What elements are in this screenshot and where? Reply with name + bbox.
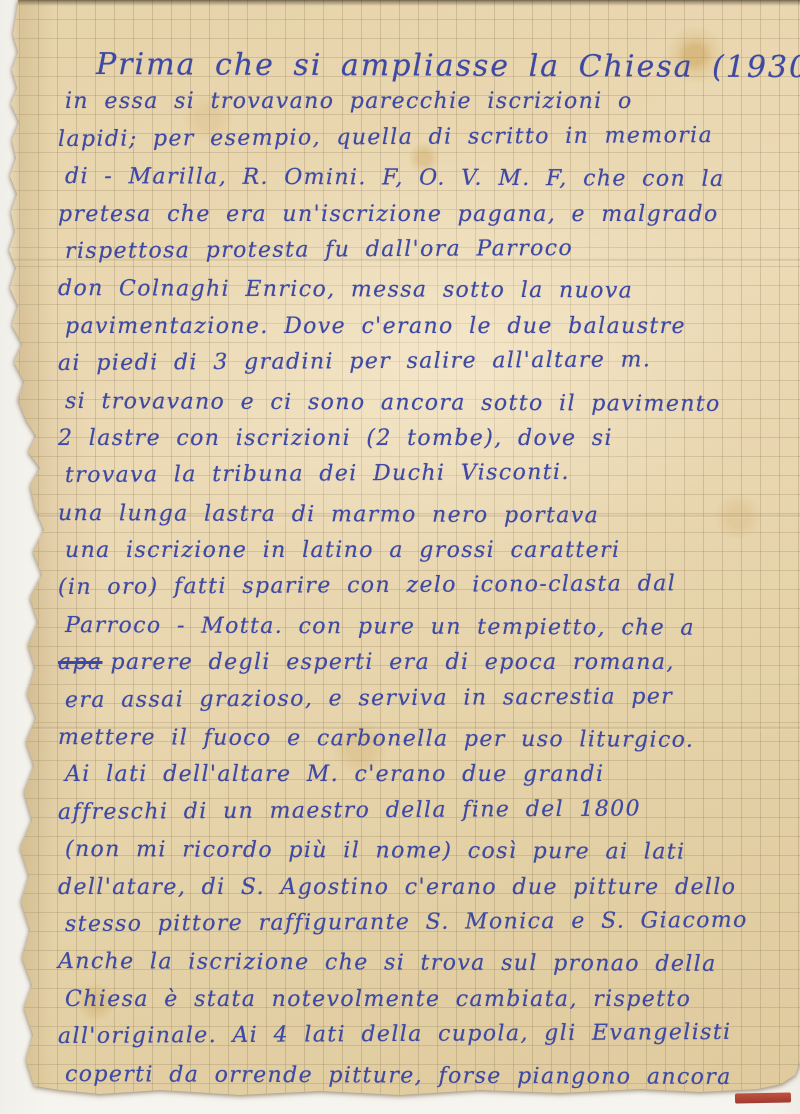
handwritten-text: Prima che si ampliasse la Chiesa (1930) … [0,0,800,1114]
handwritten-line: era assai grazioso, e serviva in sacrest… [65,677,794,719]
handwritten-line: lapidi; per esempio, quella di scritto i… [58,116,794,158]
handwritten-line: in essa si trovavano parecchie iscrizion… [65,83,794,120]
handwritten-line: stesso pittore raffigurante S. Monica e … [65,902,794,944]
handwritten-line: affreschi di un maestro della fine del 1… [58,789,794,831]
handwritten-line: 2 lastre con iscrizioni (2 tombe), dove … [58,420,794,457]
handwritten-line: Anche la iscrizione che si trova sul pro… [58,943,794,984]
handwritten-line: pretesa che era un'iscrizione pagana, e … [58,196,794,233]
handwritten-line: Parroco - Motta. con pure un tempietto, … [65,607,794,648]
struck-out-word: apa [58,650,103,675]
handwritten-line: all'originale. Ai 4 lati della cupola, g… [58,1014,794,1056]
handwritten-line: (non mi ricordo più il nome) così pure a… [65,831,794,872]
handwritten-line: mettere il fuoco e carbonella per uso li… [58,719,794,760]
handwritten-line: rispettosa protesta fu dall'ora Parroco [65,229,794,271]
handwritten-line: si trovavano e ci sono ancora sotto il p… [65,383,794,424]
handwritten-line: di - Marilla, R. Omini. F, O. V. M. F, c… [65,158,794,199]
notebook-paper: Prima che si ampliasse la Chiesa (1930) … [0,0,800,1114]
handwritten-line: Ai lati dell'altare M. c'erano due grand… [65,756,794,793]
handwritten-line: una lunga lastra di marmo nero portava [58,495,794,536]
handwritten-line: Prima che si ampliasse la Chiesa (1930) [96,46,794,86]
handwritten-line: trovava la tribuna dei Duchi Visconti. [65,453,794,495]
handwritten-line: Chiesa è stata notevolmente cambiata, ri… [65,981,794,1018]
handwritten-line: don Colnaghi Enrico, messa sotto la nuov… [58,270,794,311]
handwritten-line: pavimentazione. Dove c'erano le due bala… [65,308,794,345]
handwritten-line: ai piedi di 3 gradini per salire all'alt… [58,341,794,383]
handwritten-line: coperti da orrende pitture, forse piango… [65,1056,794,1097]
handwritten-line-with-strikeout: apaparere degli esperti era di epoca rom… [58,644,794,681]
handwritten-line: (in oro) fatti sparire con zelo icono-cl… [58,565,794,607]
handwritten-line: parere degli esperti era di epoca romana… [111,650,675,675]
handwritten-line: dell'atare, di S. Agostino c'erano due p… [58,869,794,906]
scanned-page: Prima che si ampliasse la Chiesa (1930) … [0,0,800,1114]
handwritten-line: una iscrizione in latino a grossi caratt… [65,532,794,569]
